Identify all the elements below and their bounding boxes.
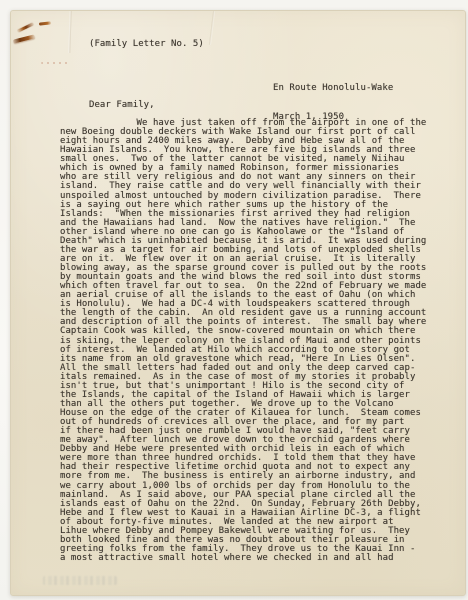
faint-stain-dots — [41, 62, 71, 64]
letter-paper: (Family Letter No. 5) En Route Honolulu-… — [10, 10, 466, 596]
paper-crease — [68, 11, 71, 53]
rust-stain-mark — [13, 34, 35, 43]
letter-body: We have just taken off from the airport … — [60, 119, 426, 563]
rust-stain-mark — [17, 22, 34, 32]
dateline-place: En Route Honolulu-Wake — [273, 84, 393, 94]
scanned-letter-page: (Family Letter No. 5) En Route Honolulu-… — [0, 0, 468, 600]
letter-number-note: (Family Letter No. 5) — [89, 39, 204, 49]
salutation: Dear Family, — [89, 100, 155, 110]
ink-bleed-through-mark — [43, 576, 117, 585]
rust-stain-mark — [39, 21, 51, 25]
paper-crease — [209, 11, 215, 45]
